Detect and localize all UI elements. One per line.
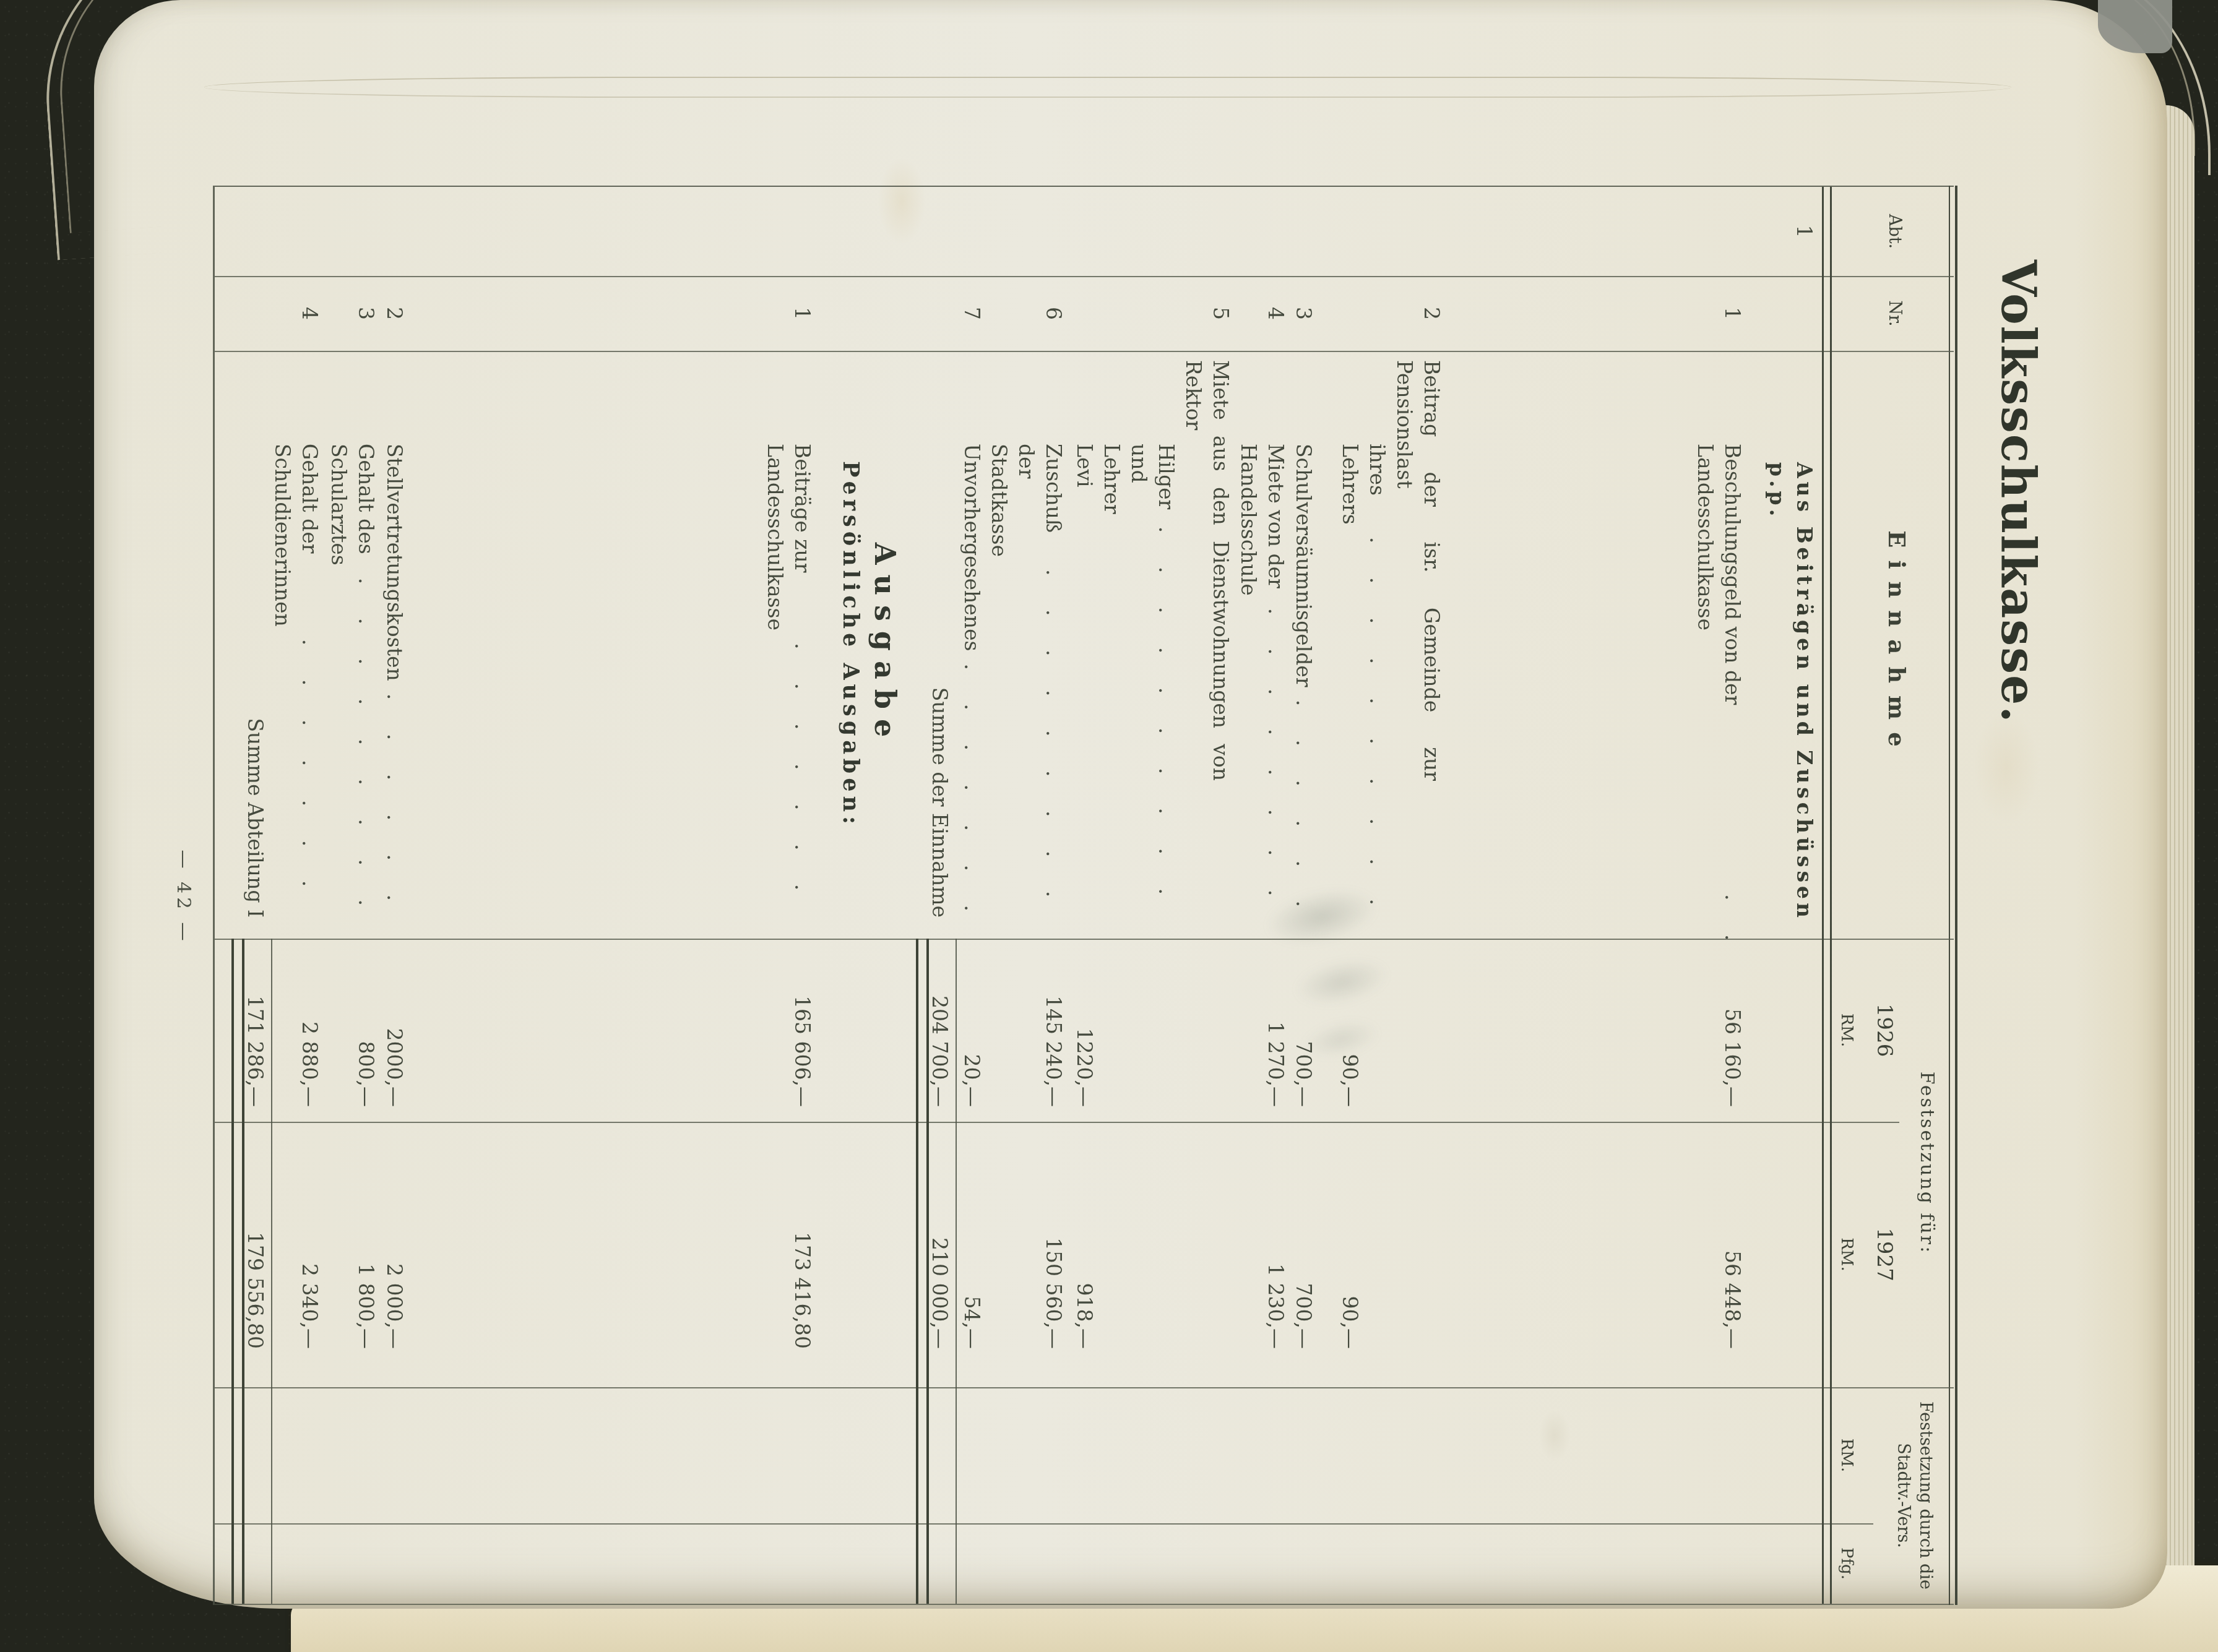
sum-label: Summe der Einnahme [926, 351, 953, 939]
cell-value-stadtv-pfg [1691, 1523, 1746, 1604]
cell-description: Stellvertretungskosten [381, 351, 408, 939]
dot-leader [1719, 894, 1746, 939]
cell-value-stadtv-pfg [926, 1523, 953, 1604]
cell-abt [1336, 187, 1445, 276]
section-header: Persönliche Ausgaben: [835, 351, 864, 939]
cell-description: Beschulungsgeld von der Landesschulkasse [1691, 351, 1746, 939]
table-row: 1Beiträge zur Landesschulkasse165 606,—1… [761, 187, 816, 1604]
cell-value-1926: 20,— [958, 939, 985, 1122]
cell-description: Miete von der Handelsschule [1235, 351, 1289, 939]
table-row: 7Unvorhergesehenes20,—54,— [958, 187, 985, 1604]
cell-value-1927: 918,— [1071, 1122, 1098, 1387]
cell-nr: 4 [269, 276, 323, 351]
header-separator-rule [1822, 187, 1832, 1604]
cell-value-stadtv-rm [1691, 1387, 1746, 1523]
cell-value-1926: 800,— [325, 939, 379, 1122]
item-label: Gehalt des Schularztes [325, 444, 379, 566]
dot-leader [1290, 700, 1317, 910]
cell-value-stadtv-pfg [1235, 1523, 1289, 1604]
cell-value-1926: 1220,— [1071, 939, 1098, 1122]
cell-abt [381, 187, 408, 276]
cell-value-stadtv-rm [868, 1387, 902, 1523]
cell-value-stadtv-pfg [241, 1523, 269, 1604]
table-row: 1Beschulungsgeld von der Landesschulkass… [1691, 187, 1746, 1604]
table-body: 1Aus Beiträgen und Zuschüssen p.p.1Besch… [215, 187, 1822, 1604]
dot-leader [1040, 569, 1067, 910]
table-row: 2Beitrag der isr. Gemeinde zur Pensionsl… [1336, 187, 1445, 1604]
item-label: Stellvertretungskosten [381, 444, 408, 681]
header-stadtv-line2: Stadtv.-Vers. [1894, 1387, 1913, 1604]
cell-value-stadtv-rm [761, 1387, 816, 1523]
page-surface: Volksschulkasse. Abt. Nr. Einnahme Fests… [94, 0, 2167, 1609]
cell-description: Gehalt der Schuldienerinnen [269, 351, 323, 939]
section-title: Ausgabe [868, 351, 902, 939]
cell-value-stadtv-rm [381, 1387, 408, 1523]
cell-value-stadtv-pfg [381, 1523, 408, 1604]
table-row: 4Gehalt der Schuldienerinnen2 880,—2 340… [269, 187, 323, 1604]
cell-nr: 1 [761, 276, 816, 351]
cell-value-stadtv-pfg [1290, 1523, 1317, 1604]
cell-value-1926 [1763, 939, 1818, 1122]
header-year-1927: 1927 [1872, 1122, 1897, 1387]
cell-value-1927: 173 416,80 [761, 1122, 816, 1387]
cell-value-1927: 54,— [958, 1122, 985, 1387]
cell-abt [1290, 187, 1317, 276]
table-row: 2Stellvertretungskosten2000,—2 000,— [381, 187, 408, 1604]
cell-value-stadtv-rm [926, 1387, 953, 1523]
cell-abt: 1 [1763, 187, 1818, 276]
cell-abt [1071, 187, 1234, 276]
photographed-book-page: { "page": { "title": "Volksschulkasse.",… [0, 0, 2218, 1652]
header-abt: Abt. [1885, 187, 1904, 276]
section-header: Aus Beiträgen und Zuschüssen p.p. [1763, 351, 1818, 939]
cell-abt [926, 187, 953, 276]
cell-nr: 2 [1336, 276, 1445, 351]
cell-value-1927: 90,— [1336, 1122, 1363, 1387]
table-row: Persönliche Ausgaben: [835, 187, 864, 1604]
cell-value-stadtv-pfg [958, 1523, 985, 1604]
cell-value-stadtv-rm [985, 1387, 1067, 1523]
table-row: Summe Abteilung I171 286,—179 556,80 [241, 187, 269, 1604]
dot-leader [381, 694, 408, 910]
cell-description: Beitrag der isr. Gemeinde zur Pensionsla… [1336, 351, 1445, 939]
dot-leader [296, 639, 323, 910]
item-label: Schulversäumnisgelder [1290, 444, 1317, 687]
header-einnahme: Einnahme [1883, 351, 1910, 939]
cell-abt [761, 187, 816, 276]
cell-value-1927 [868, 1122, 902, 1387]
table-row: 4Miete von der Handelsschule1 270,—1 230… [1235, 187, 1289, 1604]
table-row: Summe der Einnahme204 700,—210 000,— [926, 187, 953, 1604]
cell-value-stadtv-pfg [868, 1523, 902, 1604]
item-label: Beschulungsgeld von der Landesschulkasse [1691, 444, 1746, 882]
cell-nr [926, 276, 953, 351]
budget-table: Abt. Nr. Einnahme Festsetzung für: 1926 … [213, 186, 1954, 1605]
cell-abt [985, 187, 1067, 276]
cell-value-stadtv-pfg [269, 1523, 323, 1604]
page-title: Volksschulkasse. [1991, 260, 2046, 724]
cell-value-1926: 171 286,— [241, 939, 269, 1122]
cell-value-stadtv-rm [958, 1387, 985, 1523]
cell-value-1926: 145 240,— [985, 939, 1067, 1122]
header-year-1926: 1926 [1872, 939, 1897, 1122]
cell-value-stadtv-pfg [985, 1523, 1067, 1604]
cell-value-1926: 2000,— [381, 939, 408, 1122]
cell-description: Zuschuß der Stadtkasse [985, 351, 1067, 939]
cell-value-stadtv-rm [269, 1387, 323, 1523]
cell-nr [1763, 276, 1818, 351]
sum-rule-above [271, 939, 272, 1604]
page-number: — 42 — [173, 823, 194, 971]
cell-nr: 4 [1235, 276, 1289, 351]
header-stadtv-line1: Festsetzung durch die [1916, 1387, 1935, 1604]
cell-value-stadtv-pfg [325, 1523, 379, 1604]
cell-nr: 2 [381, 276, 408, 351]
cell-value-1927 [835, 1122, 864, 1387]
cell-value-stadtv-rm [1763, 1387, 1818, 1523]
cell-value-1927: 700,— [1290, 1122, 1317, 1387]
header-nr: Nr. [1885, 276, 1904, 351]
cell-value-1927: 210 000,— [926, 1122, 953, 1387]
item-label-line1: Beitrag der isr. Gemeinde zur Pensionsla… [1391, 360, 1445, 781]
cell-nr: 3 [1290, 276, 1317, 351]
cell-value-1926: 56 160,— [1691, 939, 1746, 1122]
cell-value-stadtv-rm [1235, 1387, 1289, 1523]
cell-value-1927: 1 800,— [325, 1122, 379, 1387]
item-label-line2: ihres Lehrers [1336, 444, 1391, 525]
dot-leader [788, 643, 816, 910]
sum-rule-double-below [231, 939, 244, 1604]
cell-value-1926: 2 880,— [269, 939, 323, 1122]
cell-value-stadtv-pfg [761, 1523, 816, 1604]
sum-label: Summe Abteilung I [241, 351, 269, 939]
cell-value-1927: 1 230,— [1235, 1122, 1289, 1387]
cell-abt [1691, 187, 1746, 276]
page-stack-curve-top-left [50, 0, 343, 233]
header-rm-1926: RM. [1837, 939, 1856, 1122]
cell-value-stadtv-rm [241, 1387, 269, 1523]
cell-value-stadtv-pfg [835, 1523, 864, 1604]
table-row: 6Zuschuß der Stadtkasse145 240,—150 560,… [985, 187, 1067, 1604]
cell-nr [868, 276, 902, 351]
table-row: 1Aus Beiträgen und Zuschüssen p.p. [1763, 187, 1818, 1604]
dot-leader [1262, 608, 1289, 910]
dot-leader [1152, 527, 1180, 910]
cell-value-stadtv-pfg [1763, 1523, 1818, 1604]
cell-description: Gehalt des Schularztes [325, 351, 379, 939]
cell-value-1926: 700,— [1290, 939, 1317, 1122]
item-label: Zuschuß der Stadtkasse [985, 444, 1067, 557]
page-edge-lines-top [204, 77, 2011, 98]
cell-value-1927: 2 000,— [381, 1122, 408, 1387]
table-row: Ausgabe [868, 187, 902, 1604]
cell-value-stadtv-rm [1290, 1387, 1317, 1523]
cell-value-1927: 2 340,— [269, 1122, 323, 1387]
cell-nr: 3 [325, 276, 379, 351]
header-rm-1927: RM. [1837, 1122, 1856, 1387]
table-row: 5Miete aus den Dienstwohnungen von Rekto… [1071, 187, 1234, 1604]
cell-nr: 7 [958, 276, 985, 351]
cell-description: Unvorhergesehenes [958, 351, 985, 939]
cell-description: Schulversäumnisgelder [1290, 351, 1317, 939]
dot-leader [958, 664, 985, 910]
header-pfg: Pfg. [1837, 1523, 1856, 1604]
cell-nr [241, 276, 269, 351]
cell-value-stadtv-rm [835, 1387, 864, 1523]
table-row: 3Schulversäumnisgelder700,—700,— [1290, 187, 1317, 1604]
dot-leader [1363, 537, 1391, 910]
item-label: Miete von der Handelsschule [1235, 444, 1289, 596]
cell-description: Beiträge zur Landesschulkasse [761, 351, 816, 939]
cell-value-1926: 1 270,— [1235, 939, 1289, 1122]
cell-value-stadtv-rm [325, 1387, 379, 1523]
cell-nr: 6 [985, 276, 1067, 351]
cell-nr: 5 [1071, 276, 1234, 351]
cell-abt [958, 187, 985, 276]
sum-rule-above [956, 939, 957, 1604]
cell-nr [835, 276, 864, 351]
cell-value-1927 [1763, 1122, 1818, 1387]
scanned-page: Volksschulkasse. Abt. Nr. Einnahme Fests… [94, 0, 2167, 1609]
item-label-line1: Miete aus den Dienstwohnungen von Rektor [1180, 360, 1234, 781]
cell-value-1927: 150 560,— [985, 1122, 1067, 1387]
table-header: Abt. Nr. Einnahme Festsetzung für: 1926 … [1822, 187, 1954, 1604]
item-label: Unvorhergesehenes [958, 444, 985, 652]
header-rm-stadtv: RM. [1837, 1387, 1856, 1523]
cell-value-1926: 204 700,— [926, 939, 953, 1122]
dot-leader [352, 578, 379, 910]
cell-value-1926 [835, 939, 864, 1122]
cell-abt [868, 187, 902, 276]
cell-abt [835, 187, 864, 276]
cell-value-1926: 165 606,— [761, 939, 816, 1122]
sum-rule-double-below [916, 939, 929, 1604]
header-festsetzung-fuer: Festsetzung für: [1916, 939, 1938, 1387]
cell-nr: 1 [1691, 276, 1746, 351]
cell-value-1927: 56 448,— [1691, 1122, 1746, 1387]
cell-value-1926 [868, 939, 902, 1122]
cell-description: Miete aus den Dienstwohnungen von Rektor… [1071, 351, 1234, 939]
cell-value-1927: 179 556,80 [241, 1122, 269, 1387]
item-label-line2: Hilger und Lehrer Levi [1071, 444, 1180, 514]
cell-value-1926: 90,— [1336, 939, 1363, 1122]
cell-abt [1235, 187, 1289, 276]
table-row: 3Gehalt des Schularztes800,—1 800,— [325, 187, 379, 1604]
item-label: Gehalt der Schuldienerinnen [269, 444, 323, 627]
item-label: Beiträge zur Landesschulkasse [761, 444, 816, 630]
